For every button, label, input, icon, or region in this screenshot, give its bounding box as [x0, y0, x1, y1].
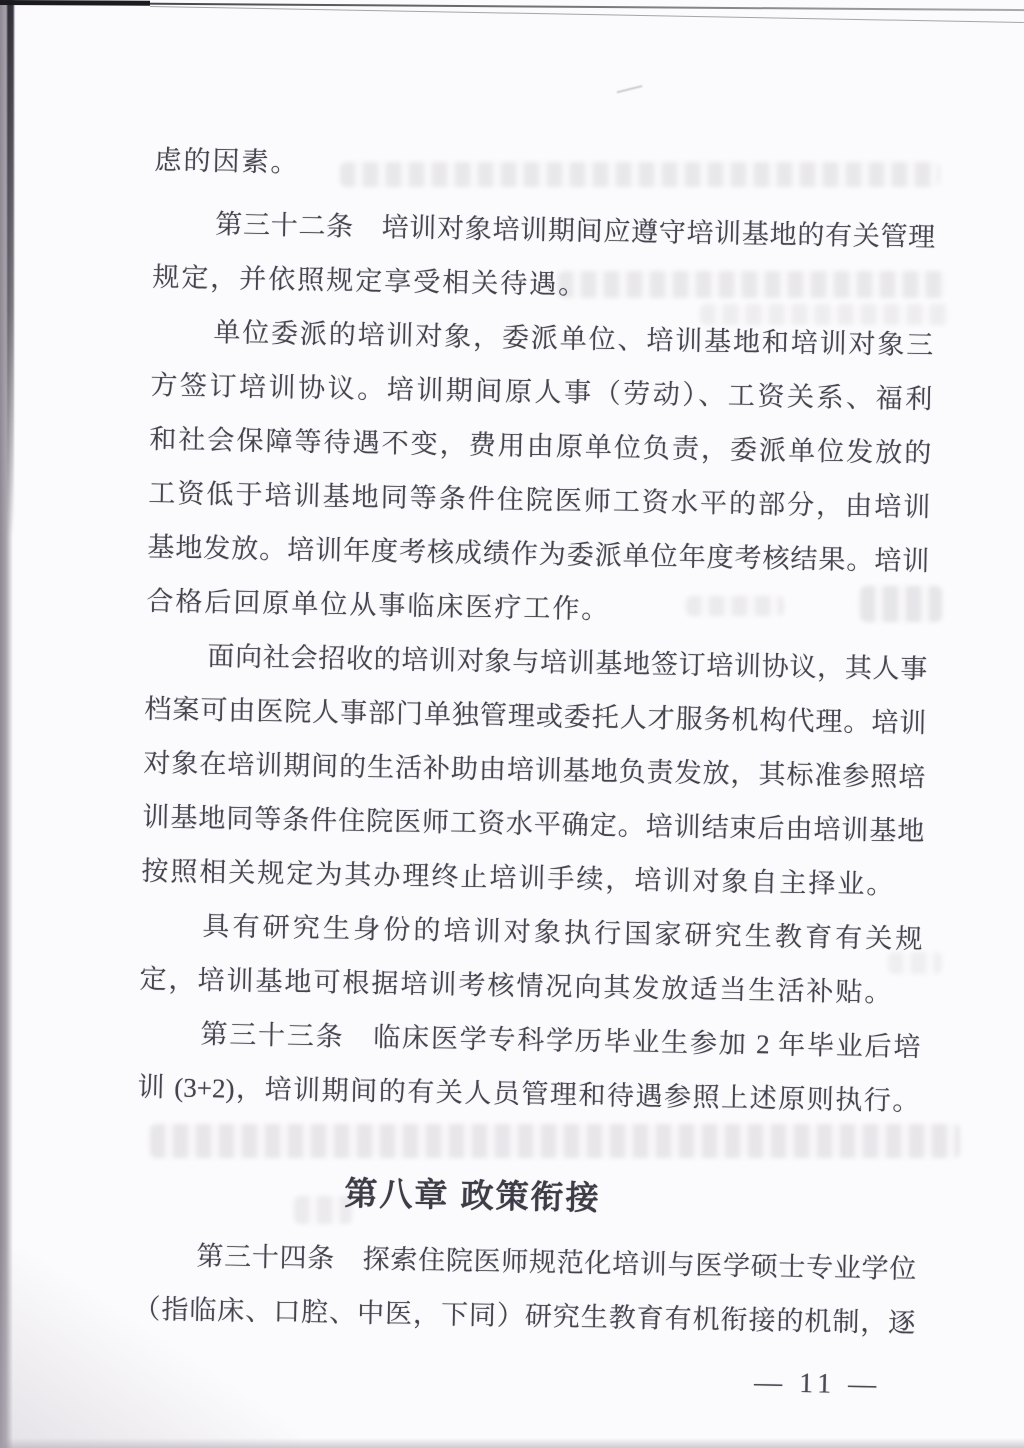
- document-closing: 第三十四条 探索住院医师规范化培训与医学硕士专业学位（指临床、口腔、中医，下同）…: [133, 1228, 917, 1350]
- scan-left-dark-line: [7, 0, 14, 560]
- chapter-heading: 第八章 政策衔接: [135, 1162, 918, 1232]
- scanned-page: 虑的因素。第三十二条 培训对象培训期间应遵守培训基地的有关管理规定，并依照规定享…: [0, 0, 1024, 1448]
- text-line: 虑的因素。: [154, 133, 937, 201]
- scan-speck: [617, 85, 646, 105]
- document-body: 虑的因素。第三十二条 培训对象培训期间应遵守培训基地的有关管理规定，并依照规定享…: [137, 133, 937, 1128]
- page-content: 虑的因素。第三十二条 培训对象培训期间应遵守培训基地的有关管理规定，并依照规定享…: [132, 133, 937, 1406]
